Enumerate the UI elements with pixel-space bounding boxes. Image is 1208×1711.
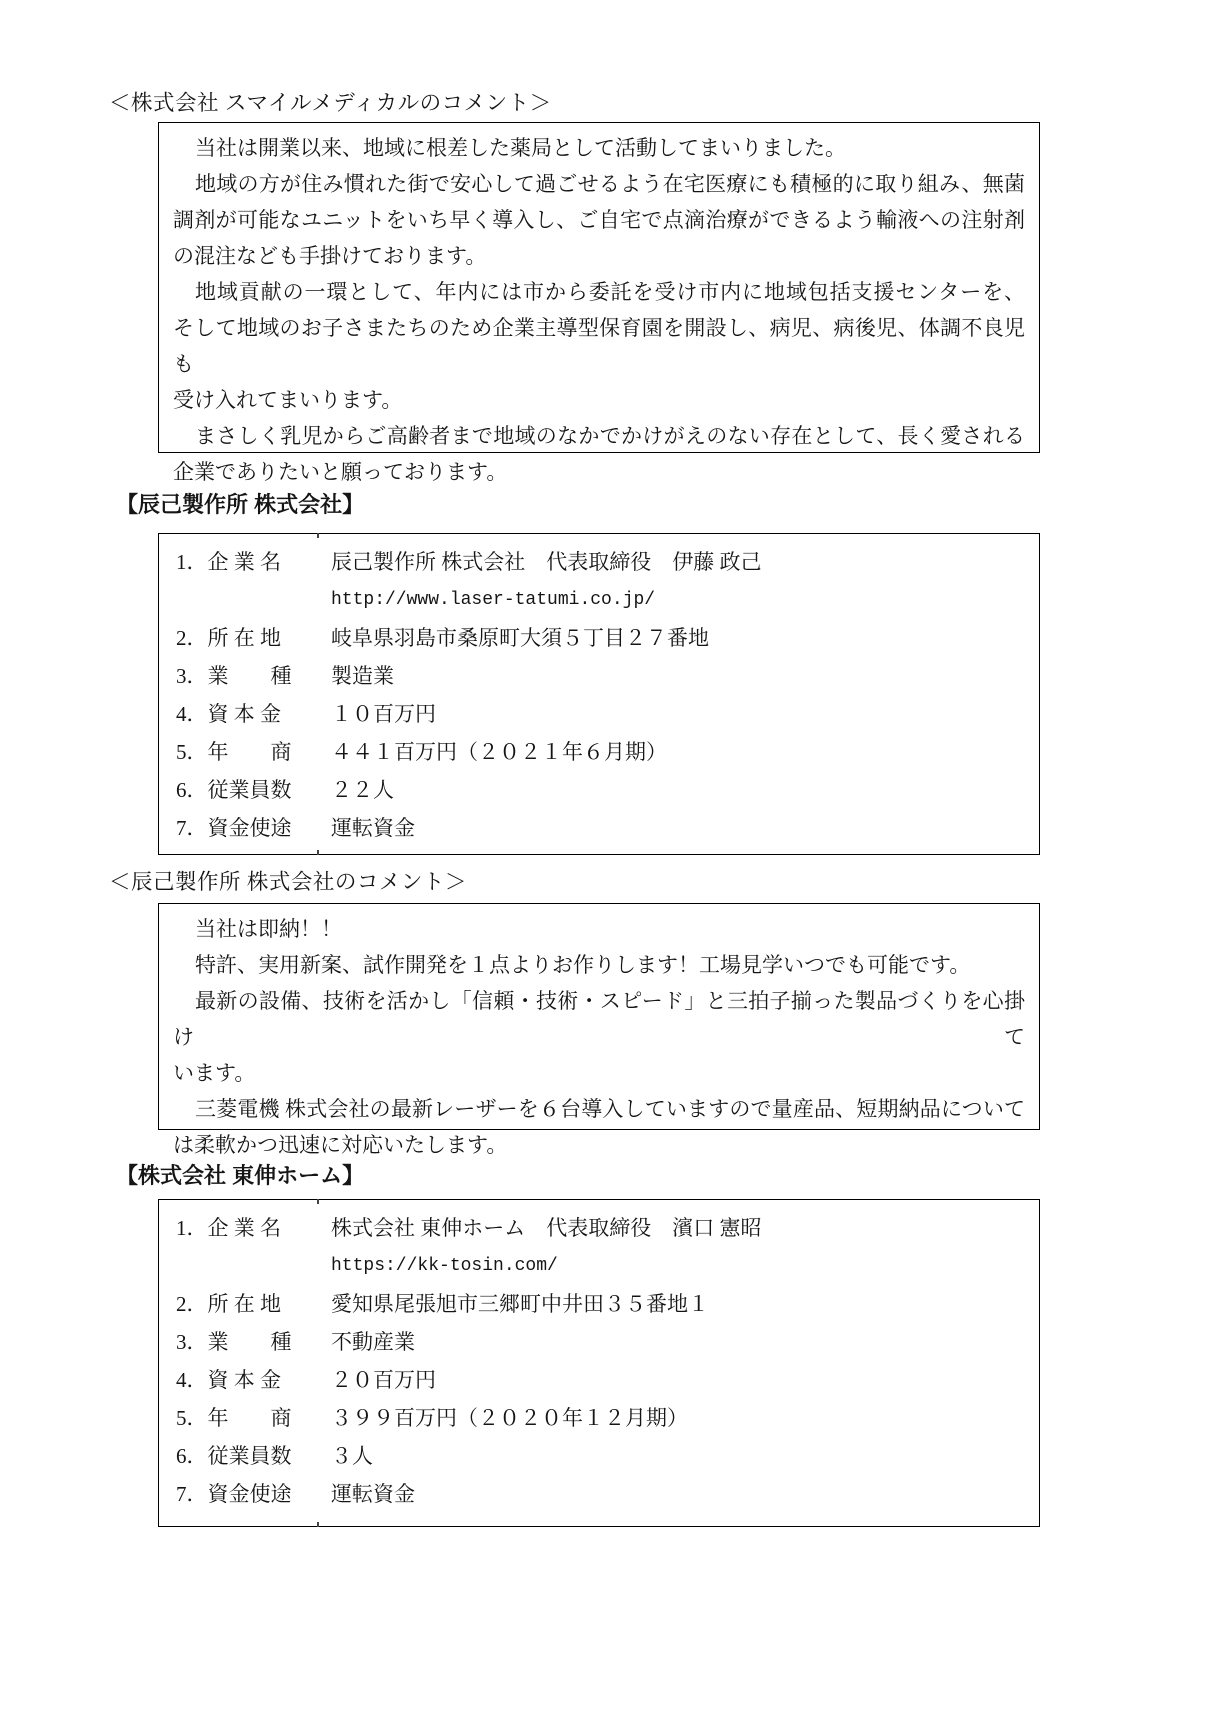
comment-line: 特許、実用新案、試作開発を１点よりお作りします！工場見学いつでも可能です。 bbox=[173, 947, 1025, 983]
detail-label: 7．資金使途 bbox=[176, 809, 292, 847]
address-value: 愛知県尾張旭市三郷町中井田３５番地１ bbox=[331, 1285, 709, 1323]
comment-line: 受け入れてまいります。 bbox=[173, 382, 1025, 418]
comment-line: います。 bbox=[173, 1055, 1025, 1091]
toshin-home-profile-box: 1．企 業 名 株式会社 東伸ホーム 代表取締役 濱口 憲昭 https://k… bbox=[158, 1199, 1040, 1527]
comment-line: 三菱電機 株式会社の最新レーザーを６台導入していますので量産品、短期納品について bbox=[173, 1091, 1025, 1127]
detail-row: 3．業 種 製造業 bbox=[159, 657, 1039, 695]
comment-line: 企業でありたいと願っております。 bbox=[173, 454, 1025, 490]
fund-use-value: 運転資金 bbox=[331, 1475, 415, 1513]
company-name-value: 株式会社 東伸ホーム 代表取締役 濱口 憲昭 bbox=[331, 1209, 762, 1247]
detail-row: 3．業 種 不動産業 bbox=[159, 1323, 1039, 1361]
comment-line: 調剤が可能なユニットをいち早く導入し、ご自宅で点滴治療ができるよう輸液への注射剤 bbox=[173, 202, 1025, 238]
employees-value: ２２人 bbox=[331, 771, 394, 809]
comment-line: 地域の方が住み慣れた街で安心して過ごせるよう在宅医療にも積極的に取り組み、無菌 bbox=[173, 166, 1025, 202]
detail-label: 7．資金使途 bbox=[176, 1475, 292, 1513]
industry-value: 製造業 bbox=[331, 657, 394, 695]
detail-row: 7．資金使途 運転資金 bbox=[159, 809, 1039, 847]
detail-row: 4．資 本 金 ２０百万円 bbox=[159, 1361, 1039, 1399]
detail-row: 5．年 商 ３９９百万円（２０２０年１２月期） bbox=[159, 1399, 1039, 1437]
industry-value: 不動産業 bbox=[331, 1323, 415, 1361]
detail-label: 5．年 商 bbox=[176, 733, 292, 771]
comment-line: まさしく乳児からご高齢者まで地域のなかでかけがえのない存在として、長く愛される bbox=[173, 418, 1025, 454]
detail-row: 7．資金使途 運転資金 bbox=[159, 1475, 1039, 1513]
detail-row: 5．年 商 ４４１百万円（２０２１年６月期） bbox=[159, 733, 1039, 771]
detail-label: 5．年 商 bbox=[176, 1399, 292, 1437]
detail-label: 3．業 種 bbox=[176, 657, 292, 695]
toshin-home-company-heading: 【株式会社 東伸ホーム】 bbox=[116, 1163, 364, 1189]
comment-line: そして地域のお子さまたちのため企業主導型保育園を開設し、病児、病後児、体調不良児… bbox=[173, 310, 1025, 382]
comment-line: は柔軟かつ迅速に対応いたします。 bbox=[173, 1127, 1025, 1163]
tatsumi-comment-heading: ＜辰己製作所 株式会社のコメント＞ bbox=[109, 869, 467, 895]
fund-use-value: 運転資金 bbox=[331, 809, 415, 847]
tatsumi-company-profile-box: 1．企 業 名 辰己製作所 株式会社 代表取締役 伊藤 政己 http://ww… bbox=[158, 533, 1040, 855]
detail-label: 3．業 種 bbox=[176, 1323, 292, 1361]
detail-row: 4．資 本 金 １０百万円 bbox=[159, 695, 1039, 733]
annual-sales-value: ４４１百万円（２０２１年６月期） bbox=[331, 733, 667, 771]
tatsumi-comment-box: 当社は即納！！ 特許、実用新案、試作開発を１点よりお作りします！工場見学いつでも… bbox=[158, 903, 1040, 1130]
company-url: https://kk-tosin.com/ bbox=[331, 1247, 558, 1285]
capital-value: ２０百万円 bbox=[331, 1361, 436, 1399]
smile-medical-comment-box: 当社は開業以来、地域に根差した薬局として活動してまいりました。 地域の方が住み慣… bbox=[158, 122, 1040, 453]
annual-sales-value: ３９９百万円（２０２０年１２月期） bbox=[331, 1399, 688, 1437]
detail-label: 2．所 在 地 bbox=[176, 619, 281, 657]
detail-row: https://kk-tosin.com/ bbox=[159, 1247, 1039, 1285]
detail-row: 2．所 在 地 岐阜県羽島市桑原町大須５丁目２７番地 bbox=[159, 619, 1039, 657]
detail-label: 1．企 業 名 bbox=[176, 1209, 281, 1247]
detail-row: 1．企 業 名 株式会社 東伸ホーム 代表取締役 濱口 憲昭 bbox=[159, 1209, 1039, 1247]
tatsumi-company-heading: 【辰己製作所 株式会社】 bbox=[116, 492, 364, 518]
detail-label: 4．資 本 金 bbox=[176, 695, 281, 733]
detail-label: 6．従業員数 bbox=[176, 1437, 292, 1475]
comment-line: 地域貢献の一環として、年内には市から委託を受け市内に地域包括支援センターを、 bbox=[173, 274, 1025, 310]
comment-line: 当社は即納！！ bbox=[173, 911, 1025, 947]
detail-label: 4．資 本 金 bbox=[176, 1361, 281, 1399]
detail-row: http://www.laser-tatumi.co.jp/ bbox=[159, 581, 1039, 619]
address-value: 岐阜県羽島市桑原町大須５丁目２７番地 bbox=[331, 619, 709, 657]
smile-medical-comment-heading: ＜株式会社 スマイルメディカルのコメント＞ bbox=[109, 90, 552, 116]
detail-row: 1．企 業 名 辰己製作所 株式会社 代表取締役 伊藤 政己 bbox=[159, 543, 1039, 581]
company-name-value: 辰己製作所 株式会社 代表取締役 伊藤 政己 bbox=[331, 543, 762, 581]
comment-line: の混注なども手掛けております。 bbox=[173, 238, 1025, 274]
comment-line: 当社は開業以来、地域に根差した薬局として活動してまいりました。 bbox=[173, 130, 1025, 166]
detail-row: 2．所 在 地 愛知県尾張旭市三郷町中井田３５番地１ bbox=[159, 1285, 1039, 1323]
employees-value: ３人 bbox=[331, 1437, 373, 1475]
document-page: ＜株式会社 スマイルメディカルのコメント＞ 当社は開業以来、地域に根差した薬局と… bbox=[0, 0, 1208, 1711]
detail-row: 6．従業員数 ２２人 bbox=[159, 771, 1039, 809]
detail-row: 6．従業員数 ３人 bbox=[159, 1437, 1039, 1475]
detail-label: 1．企 業 名 bbox=[176, 543, 281, 581]
company-url: http://www.laser-tatumi.co.jp/ bbox=[331, 581, 655, 619]
detail-label: 6．従業員数 bbox=[176, 771, 292, 809]
capital-value: １０百万円 bbox=[331, 695, 436, 733]
detail-label: 2．所 在 地 bbox=[176, 1285, 281, 1323]
comment-line: 最新の設備、技術を活かし「信頼・技術・スピード」と三拍子揃った製品づくりを心掛け… bbox=[173, 983, 1025, 1055]
